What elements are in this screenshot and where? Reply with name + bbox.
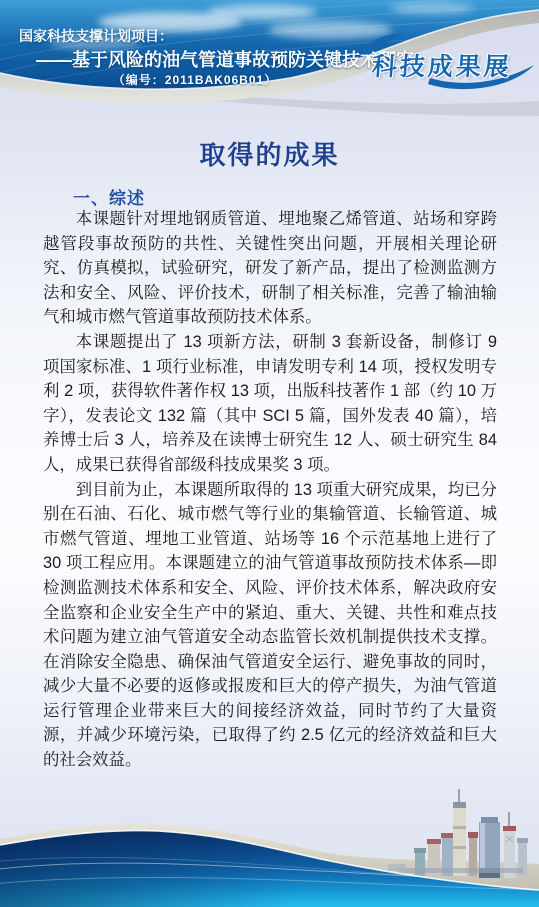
expo-logo: 科技成果展 [360, 30, 539, 92]
page-title: 取得的成果 [0, 135, 539, 172]
paragraph-outputs: 本课题提出了 13 项新方法，研制 3 套新设备，制修订 9 项国家标准、1 项… [43, 330, 497, 478]
paragraph-overview: 本课题针对埋地钢质管道、埋地聚乙烯管道、站场和穿跨越管段事故预防的共性、关键性突… [43, 207, 497, 330]
footer-wave-art [0, 780, 539, 907]
logo-text: 科技成果展 [371, 47, 514, 83]
project-code: （编号：2011BAK06B01） [36, 71, 354, 88]
body-paragraphs: 本课题针对埋地钢质管道、埋地聚乙烯管道、站场和穿跨越管段事故预防的共性、关键性突… [43, 207, 497, 773]
program-label: 国家科技支撑计划项目： [19, 26, 173, 46]
poster-canvas: 国家科技支撑计划项目： ——基于风险的油气管道事故预防关键技术研究 （编号：20… [0, 0, 539, 907]
section-heading: 一、综述 [73, 184, 145, 209]
project-title: ——基于风险的油气管道事故预防关键技术研究 [36, 46, 414, 72]
paragraph-impact: 到目前为止，本课题所取得的 13 项重大研究成果，均已分别在石油、石化、城市燃气… [43, 478, 497, 773]
